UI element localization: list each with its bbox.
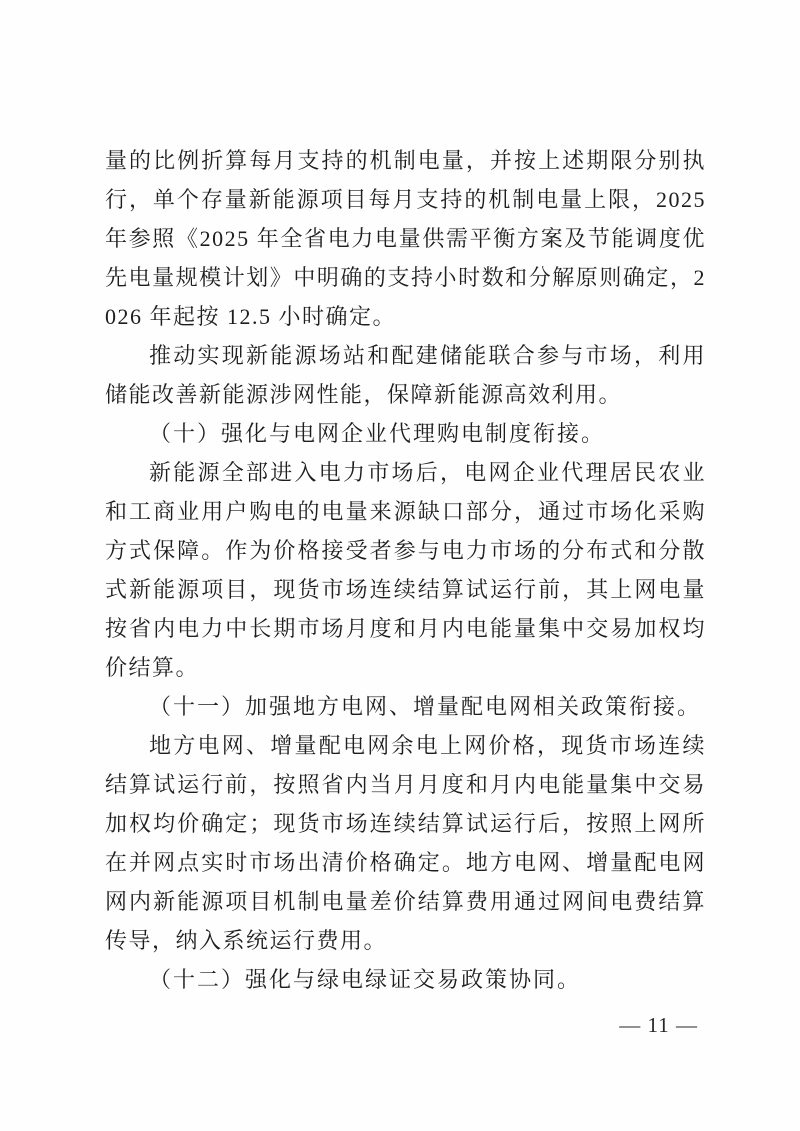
- paragraph-local-grid-policy: 地方电网、增量配电网余电上网价格，现货市场连续结算试运行前，按照省内当月月度和月…: [105, 726, 706, 960]
- paragraph-continuation: 量的比例折算每月支持的机制电量，并按上述期限分别执行，单个存量新能源项目每月支持…: [105, 141, 706, 336]
- section-heading-11: （十一）加强地方电网、增量配电网相关政策衔接。: [105, 687, 706, 726]
- section-heading-10: （十）强化与电网企业代理购电制度衔接。: [105, 414, 706, 453]
- page-number: — 11 —: [619, 1013, 698, 1038]
- paragraph-grid-agency-purchase: 新能源全部进入电力市场后，电网企业代理居民农业和工商业用户购电的电量来源缺口部分…: [105, 453, 706, 687]
- document-page: 量的比例折算每月支持的机制电量，并按上述期限分别执行，单个存量新能源项目每月支持…: [0, 0, 800, 1131]
- document-body: 量的比例折算每月支持的机制电量，并按上述期限分别执行，单个存量新能源项目每月支持…: [105, 141, 706, 999]
- paragraph-storage-joint-market: 推动实现新能源场站和配建储能联合参与市场，利用储能改善新能源涉网性能，保障新能源…: [105, 336, 706, 414]
- section-heading-12: （十二）强化与绿电绿证交易政策协同。: [105, 960, 706, 999]
